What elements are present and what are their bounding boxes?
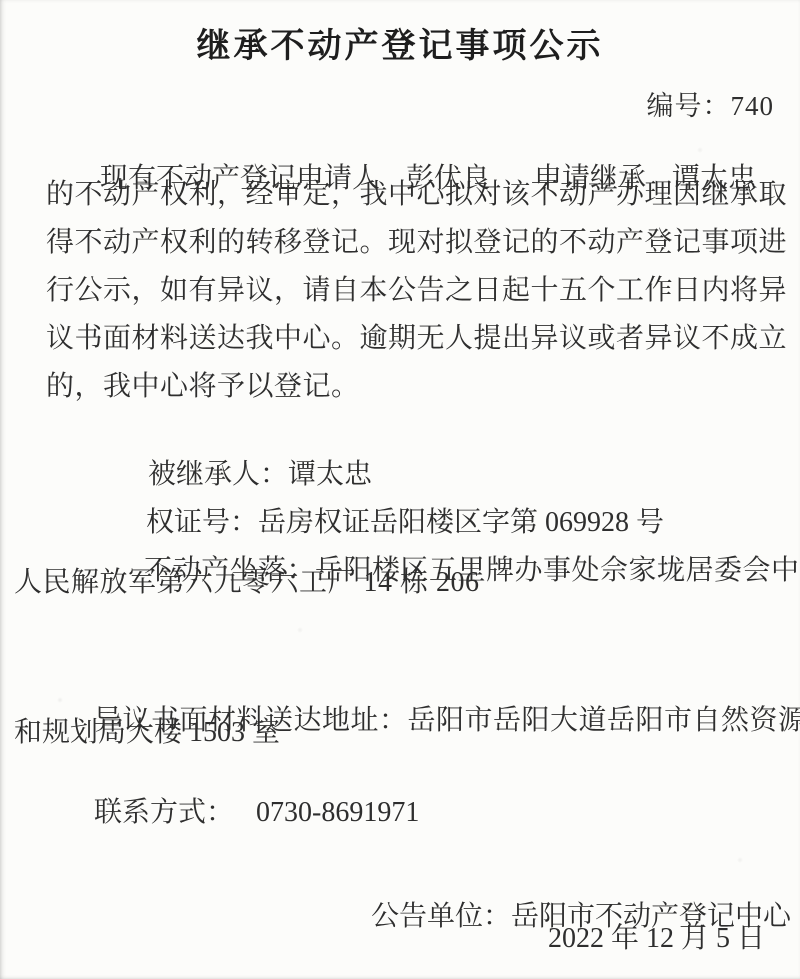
intro-line-2: 的不动产权利，经审定，我中心拟对该不动产办理因继承取 bbox=[46, 178, 787, 212]
field-objection-address-line-2: 和规划局大楼 1503 室 bbox=[14, 716, 280, 750]
intro-line-6: 的，我中心将予以登记。 bbox=[46, 370, 360, 404]
intro-line-5: 议书面材料送达我中心。逾期无人提出异议或者异议不成立 bbox=[46, 322, 787, 356]
field-contact-label: 联系方式： bbox=[94, 797, 234, 828]
announcement-document: 继承不动产登记事项公示 编号：740 现有不动产登记申请人彭伏良申请继承谭太忠 … bbox=[0, 0, 800, 979]
document-title: 继承不动产登记事项公示 bbox=[0, 18, 800, 67]
intro-line-4: 行公示，如有异议，请自本公告之日起十五个工作日内将异 bbox=[46, 274, 787, 308]
footer-date: 2022 年 12 月 5 日 bbox=[548, 922, 765, 956]
field-contact: 联系方式：0730-8691971 bbox=[66, 762, 419, 864]
field-contact-value: 0730-8691971 bbox=[256, 797, 419, 828]
doc-number-label: 编号： bbox=[647, 91, 731, 121]
doc-number: 编号：740 bbox=[647, 84, 775, 123]
doc-number-value: 740 bbox=[731, 91, 775, 121]
footer-issuer-label: 公告单位： bbox=[371, 901, 511, 932]
field-objection-address-value-1: 岳阳市岳阳大道岳阳市自然资源 bbox=[408, 705, 800, 736]
intro-line-3: 得不动产权利的转移登记。现对拟登记的不动产登记事项进 bbox=[46, 226, 787, 260]
field-location-line-2: 人民解放军第六九零六工厂 14 栋 206 bbox=[14, 566, 480, 600]
